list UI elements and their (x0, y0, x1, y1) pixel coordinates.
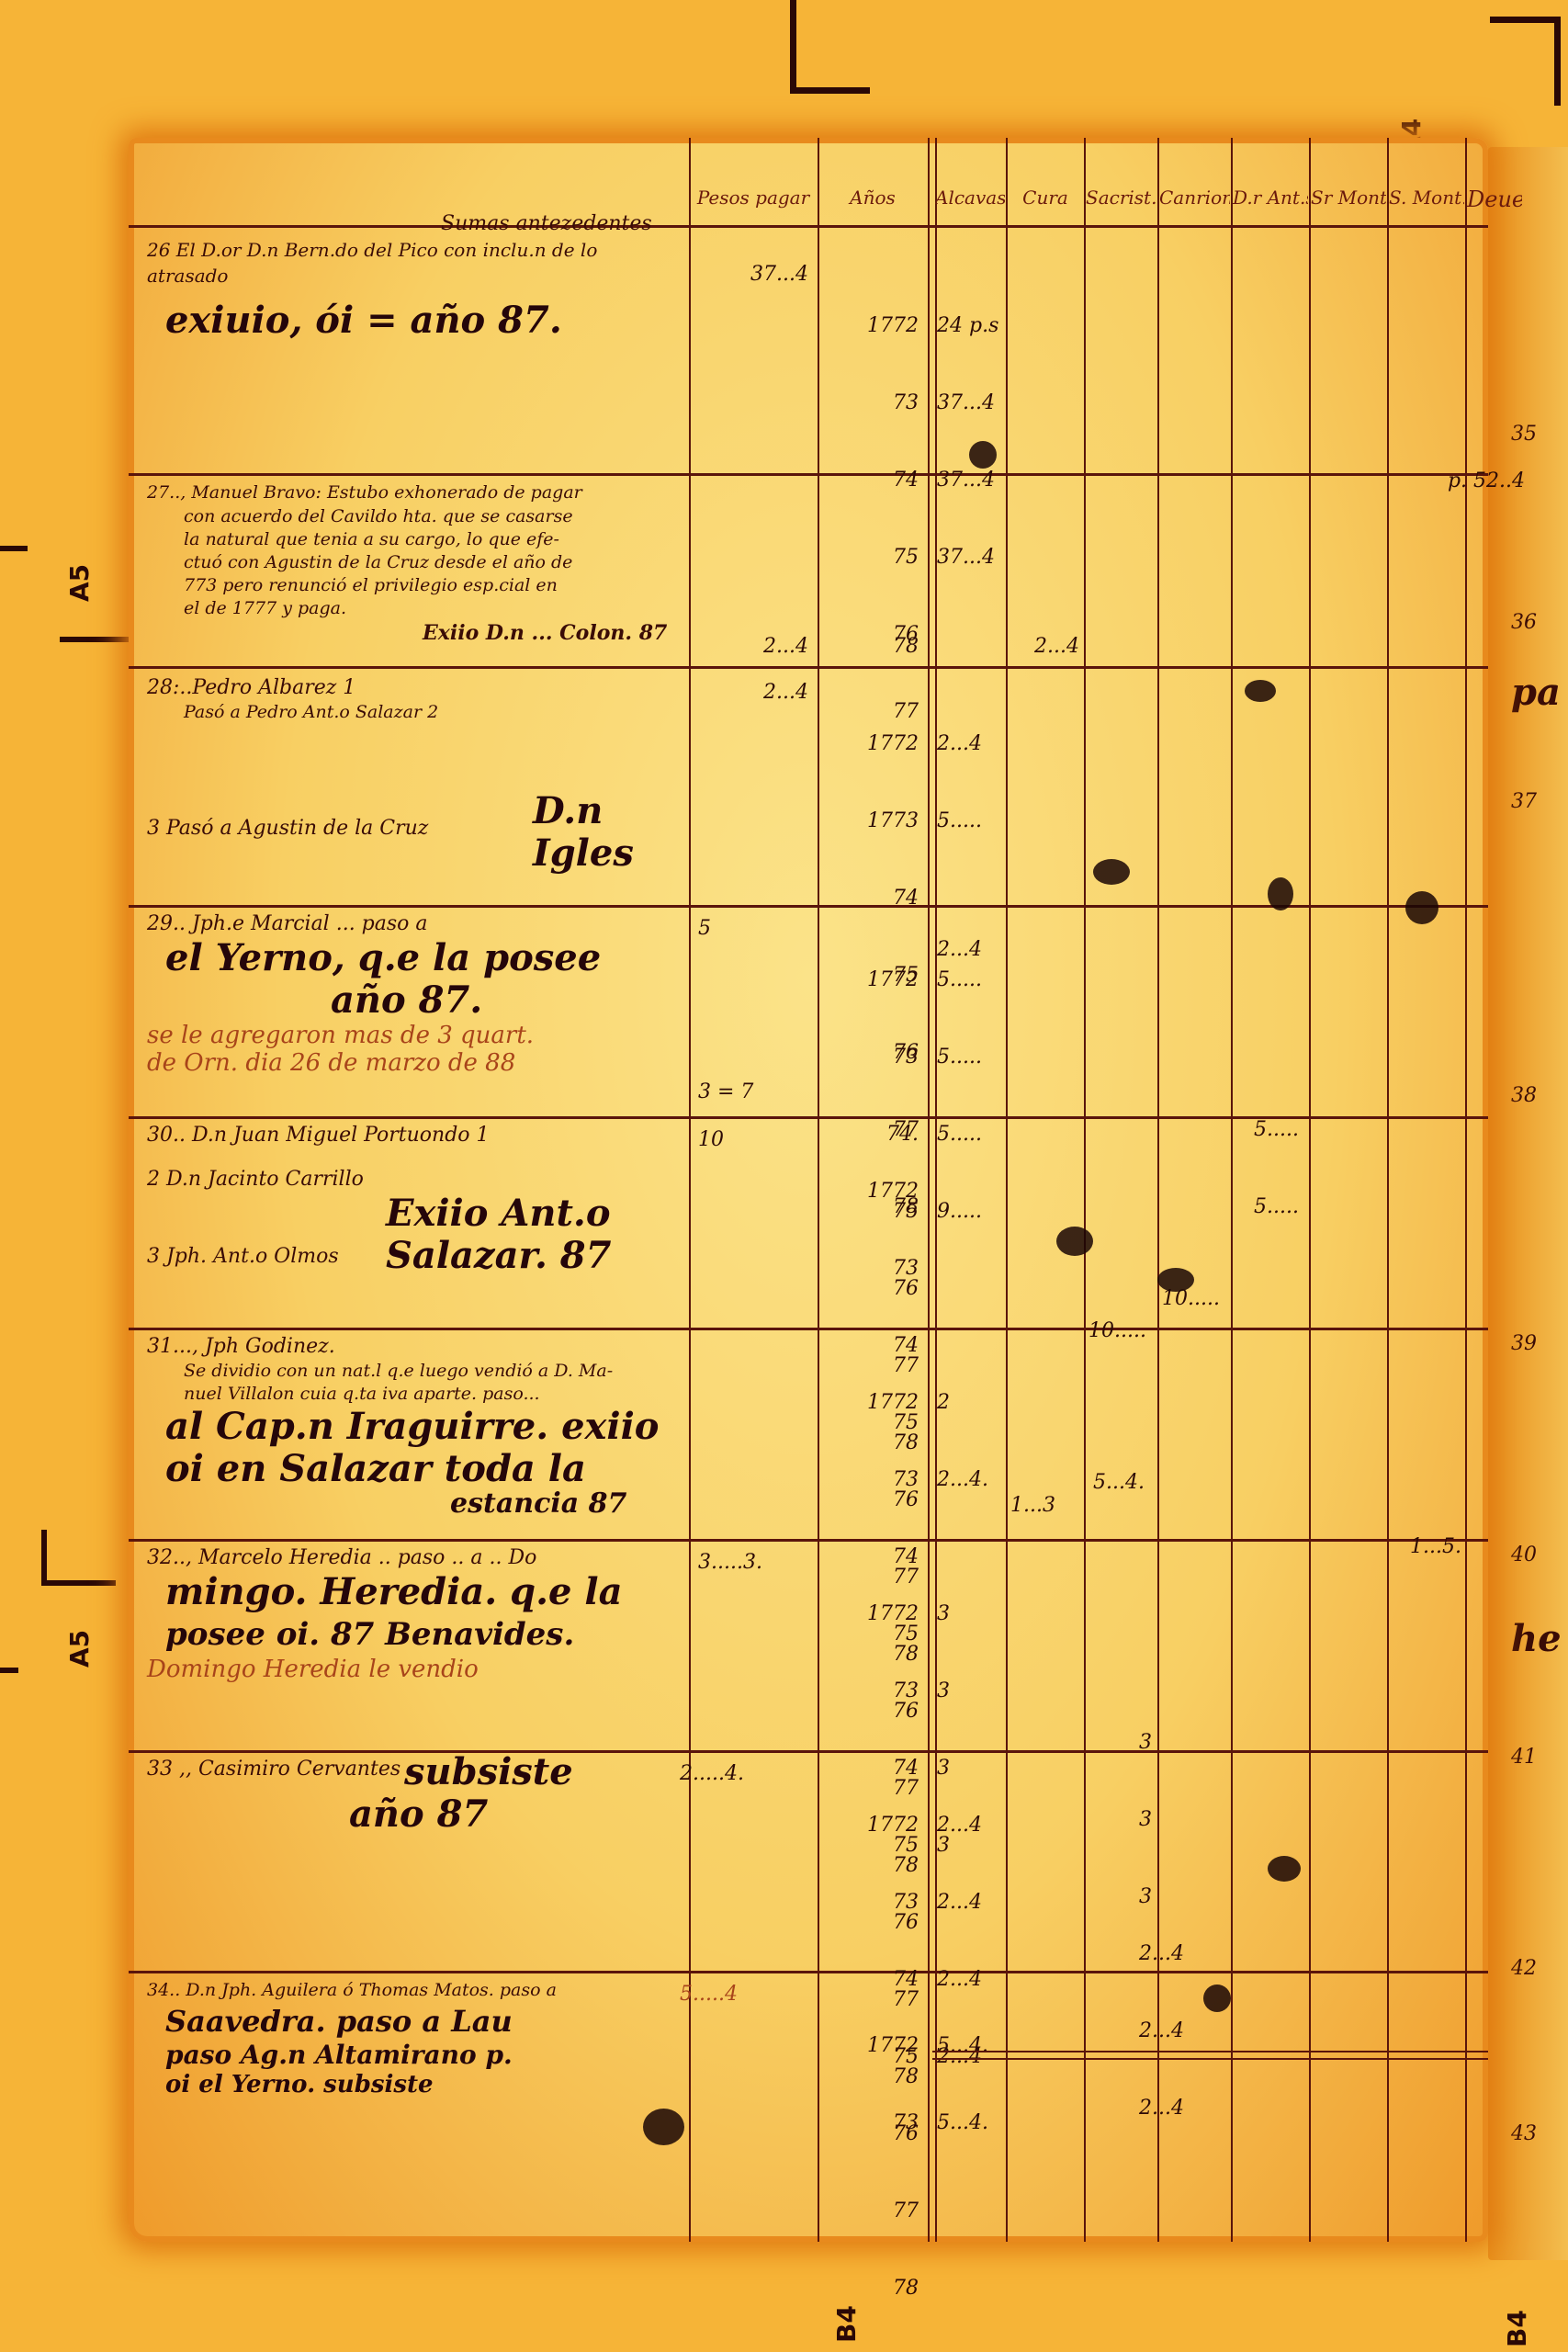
adjacent-number: 38 (1511, 1084, 1537, 1107)
total-double-rule (932, 2051, 1488, 2060)
years-list: 1772 73 (827, 1982, 919, 2188)
ledger-entry-27: 27.., Manuel Bravo: Estubo exhonerado de… (129, 480, 689, 646)
deue-value: 1...5. (1410, 1534, 1474, 1560)
cura-value: 2...4 (1010, 634, 1079, 660)
column-header-pesos: Pesos pagar (691, 187, 816, 209)
column-rule (1387, 138, 1389, 2242)
later-annotation: de Orn. dia 26 de marzo de 88 (147, 1049, 680, 1077)
entry-annotation: al Cap.n Iraguirre. exiio (147, 1406, 680, 1448)
entry-heading: 30.. D.n Juan Miguel Portuondo 1 (147, 1123, 680, 1148)
adjacent-number: 37 (1511, 790, 1537, 813)
corner-mark-top-right (1490, 17, 1561, 106)
column-rule (1465, 138, 1467, 2242)
entry-separator (129, 666, 1488, 669)
column-rule (1231, 138, 1233, 2242)
deue-value: p. 52..4 (1396, 469, 1525, 494)
entry-annotation: estancia 87 (147, 1490, 680, 1518)
entry-annotation: Saavedra. paso a Lau (147, 2003, 680, 2040)
adjacent-page-edge: 35 36 pa 37 38 39 40 he 41 42 43 (1488, 147, 1568, 2260)
ink-blot (1203, 1984, 1231, 2012)
ink-blot (1157, 1268, 1194, 1292)
alcavas-list: 5...4. 5...4. (937, 1982, 1001, 2188)
column-rule (1084, 138, 1086, 2242)
column-header-s-mont-2: S. Mont.a (1389, 187, 1464, 209)
entry-annotation: oi el Yerno. subsiste (147, 2071, 680, 2098)
s-mont-list: 5..... 5..... (1254, 1066, 1323, 1272)
pesos-value: 2.....4. (680, 1761, 808, 1787)
entry-heading: 29.. Jph.e Marcial ... paso a (147, 911, 680, 937)
ink-blot (1245, 680, 1276, 702)
column-header-cura: Cura (1008, 187, 1083, 209)
cura-value: 1...3 (1010, 1493, 1079, 1519)
adjacent-fragment: pa (1511, 671, 1561, 714)
ledger-entry-33: 33 ,, Casimiro Cervantes subsiste año 87 (129, 1757, 689, 1836)
entry-annotation: paso Ag.n Altamirano p. (147, 2040, 680, 2071)
column-rule (689, 138, 691, 2242)
ink-blot (1405, 891, 1438, 924)
column-header-alcavas: Alcavas (935, 187, 1005, 209)
canrion-list: 2...4 2...4 2...4 (1139, 1890, 1213, 2173)
alcavas-list: 2 2...4. (937, 1339, 1001, 1544)
entry-heading: 27.., Manuel Bravo: Estubo exhonerado de… (147, 480, 680, 505)
tick-left-bottom (0, 1668, 18, 1673)
corner-mark-left-lower (41, 1530, 116, 1586)
corner-mark-left (60, 637, 134, 688)
entry-annotation: año 87. (147, 979, 680, 1022)
adjacent-number: 42 (1511, 1957, 1537, 1980)
entry-heading: 31..., Jph Godinez. (147, 1334, 680, 1360)
tick-left-top (0, 546, 28, 551)
entry-annotation: mingo. Heredia. q.e la (147, 1571, 680, 1613)
ledger-entry-32: 32.., Marcelo Heredia .. paso .. a .. Do… (129, 1545, 689, 1683)
pesos-value: 3.....3. (698, 1550, 813, 1576)
later-annotation: Domingo Heredia le vendio (147, 1656, 680, 1683)
ink-blot (1093, 859, 1130, 885)
ledger-entry-34: 34.. D.n Jph. Aguilera ó Thomas Matos. p… (129, 1977, 689, 2098)
carried-forward-note: Sumas antezedentes (423, 211, 680, 237)
entry-separator (129, 1328, 1488, 1330)
pesos-value: 5.....4 (680, 1982, 808, 2007)
column-rule (818, 138, 819, 2242)
adjacent-number: 43 (1511, 2122, 1537, 2145)
adjacent-number: 35 (1511, 423, 1537, 446)
column-rule (1006, 138, 1008, 2242)
entry-separator (129, 473, 1488, 476)
ledger-entry-30: 30.. D.n Juan Miguel Portuondo 1 2 D.n J… (129, 1123, 689, 1270)
ink-blot (1268, 1856, 1301, 1882)
cura-value: 10..... (1089, 1318, 1153, 1344)
entry-annotation: Exiio Ant.o (147, 1193, 680, 1235)
column-header-sacrist: Sacrist.n (1086, 187, 1156, 209)
entry-annotation: el Yerno, q.e la posee (147, 937, 680, 979)
pesos-value: 2...4 (707, 634, 808, 660)
adjacent-number: 36 (1511, 611, 1537, 634)
ink-blot (643, 2109, 684, 2145)
ink-blot (1268, 877, 1293, 910)
pesos-value-added: 3 = 7 (698, 1080, 790, 1105)
entry-annotation: exiuio, ói = año 87. (147, 300, 680, 342)
ledger-entry-29: 29.. Jph.e Marcial ... paso a el Yerno, … (129, 911, 689, 1077)
entry-heading: 32.., Marcelo Heredia .. paso .. a .. Do (147, 1545, 680, 1571)
adjacent-number: 39 (1511, 1332, 1537, 1355)
entry-annotation: año 87 (147, 1793, 680, 1836)
ink-blot (1056, 1227, 1093, 1256)
adjacent-number: 40 (1511, 1543, 1537, 1566)
pesos-value: 10 (698, 1127, 735, 1153)
column-header-deue: Deue (1467, 187, 1522, 212)
column-header-row: Pesos pagar Años Alcavas Cura Sacrist.n … (129, 179, 1488, 228)
year-value: 78 (827, 634, 919, 660)
registration-label-a5-bottom: A5 (64, 1630, 95, 1668)
registration-label-a5-top: A5 (64, 564, 95, 602)
entry-separator (129, 1971, 1488, 1973)
column-rule-double (928, 138, 937, 2242)
entry-annotation: Exiio D.n ... Colon. 87 (147, 620, 680, 646)
pesos-value: 2...4 (707, 680, 808, 706)
sacrist-value: 5...4. (1093, 1470, 1157, 1496)
pesos-value: 5 (698, 916, 735, 942)
adjacent-fragment: he (1511, 1617, 1562, 1660)
entry-separator (129, 1539, 1488, 1542)
adjacent-number: 41 (1511, 1746, 1537, 1769)
column-header-anos: Años (819, 187, 926, 209)
ink-blot (969, 441, 997, 469)
column-header-d-ant: D.r Ant.s (1233, 187, 1308, 209)
alcavas-list: 24 p.s 37...4 37...4 37...4 (937, 262, 1001, 622)
column-header-canrion: Canrion (1159, 187, 1230, 209)
ledger-entry-26: 26 El D.or D.n Bern.do del Pico con incl… (129, 237, 689, 342)
ledger-entry-28: 28:..Pedro Albarez 1 Pasó a Pedro Ant.o … (129, 675, 689, 842)
entry-annotation: oi en Salazar toda la (147, 1448, 680, 1490)
registration-label-b4-right: B4 (1502, 2310, 1532, 2347)
corner-mark-top-center (790, 0, 870, 94)
entry-heading: 34.. D.n Jph. Aguilera ó Thomas Matos. p… (147, 1977, 680, 2003)
ledger-entry-31: 31..., Jph Godinez. Se dividio con un na… (129, 1334, 689, 1518)
pesos-value: 37...4 (707, 262, 808, 288)
entry-annotation: posee oi. 87 Benavides. (147, 1613, 680, 1656)
entry-heading: 26 El D.or D.n Bern.do del Pico con incl… (147, 237, 680, 288)
ledger-page: Pesos pagar Años Alcavas Cura Sacrist.n … (129, 138, 1488, 2242)
entry-heading: 28:..Pedro Albarez 1 (147, 675, 680, 701)
alcavas-list: 5..... 5..... 5..... 9..... (937, 916, 1001, 1276)
column-header-s-mont: Sr Mont.a (1311, 187, 1386, 209)
later-annotation: se le agregaron mas de 3 quart. (147, 1022, 680, 1049)
entry-annotation: D.n Igles (514, 790, 689, 875)
